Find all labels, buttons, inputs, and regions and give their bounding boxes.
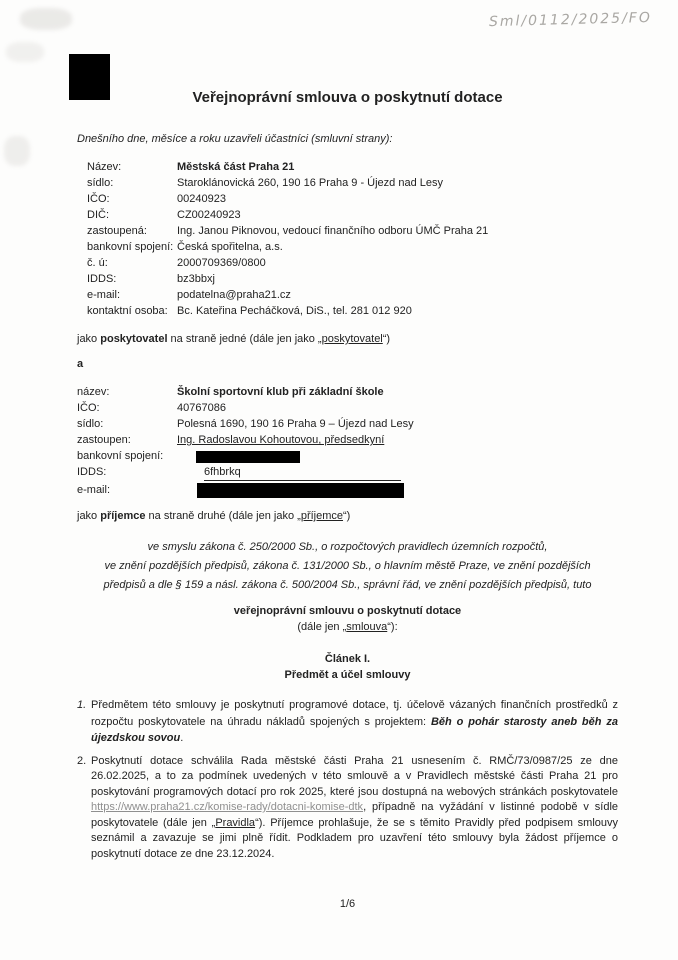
role-text: “)	[343, 510, 350, 522]
provider-row-dic: DIČ:CZ00240923	[77, 207, 618, 223]
clause-text: Poskytnutí dotace schválila Rada městské…	[91, 754, 618, 863]
legal-basis-clause: ve smyslu zákona č. 250/2000 Sb., o rozp…	[77, 538, 618, 595]
field-label: IČO:	[77, 400, 177, 416]
clause-2: 2. Poskytnutí dotace schválila Rada měst…	[77, 754, 618, 863]
scan-artifact	[4, 136, 30, 166]
clause-1: 1. Předmětem této smlouvy je poskytnutí …	[77, 697, 618, 747]
clause-number: 2.	[77, 754, 91, 863]
field-label: e-mail:	[87, 287, 177, 303]
field-label: zastoupen:	[77, 432, 177, 448]
field-value: 2000709369/0800	[177, 257, 266, 269]
contract-alias-line: (dále jen „smlouva“):	[77, 619, 618, 635]
provider-row-bankovni-spojeni: bankovní spojení:Česká spořitelna, a.s.	[77, 239, 618, 255]
field-value: Školní sportovní klub při základní škole	[177, 386, 384, 398]
field-value: 00240923	[177, 193, 226, 205]
recipient-row-bankovni-spojeni: bankovní spojení:	[77, 448, 618, 464]
field-label: sídlo:	[87, 175, 177, 191]
recipient-row-nazev: název:Školní sportovní klub při základní…	[77, 384, 618, 400]
field-value: podatelna@praha21.cz	[177, 289, 291, 301]
role-text: “)	[383, 333, 390, 345]
field-label: název:	[77, 384, 177, 400]
field-label: Název:	[87, 159, 177, 175]
conjunction-a: a	[77, 358, 618, 370]
page-number: 1/6	[77, 898, 618, 910]
clause-text-segment: Poskytnutí dotace schválila Rada městské…	[91, 755, 618, 798]
field-value: bz3bbxj	[177, 273, 215, 285]
field-value: Polesná 1690, 190 16 Praha 9 – Újezd nad…	[177, 418, 414, 430]
provider-row-cislo-uctu: č. ú:2000709369/0800	[77, 255, 618, 271]
clause-text: Předmětem této smlouvy je poskytnutí pro…	[91, 697, 618, 747]
alias-text: (dále jen „	[297, 621, 346, 633]
role-term-bold: příjemce	[100, 510, 145, 522]
recipient-row-email: e-mail:	[77, 481, 618, 498]
redaction-bar	[196, 451, 300, 463]
role-text: jako	[77, 333, 100, 345]
article-1-heading: Článek I. Předmět a účel smlouvy	[77, 651, 618, 683]
rules-hyperlink[interactable]: https://www.praha21.cz/komise-rady/dotac…	[91, 801, 363, 813]
field-label: IDDS:	[87, 271, 177, 287]
legal-line: ve smyslu zákona č. 250/2000 Sb., o rozp…	[77, 538, 618, 557]
clause-text-segment: .	[180, 732, 183, 744]
role-term-underlined: poskytovatel	[322, 333, 383, 345]
legal-line: ve znění pozdějších předpisů, zákona č. …	[77, 557, 618, 576]
field-label: e-mail:	[77, 482, 177, 498]
field-value: Ing. Janou Piknovou, vedoucí finančního …	[177, 225, 488, 237]
field-value: Městská část Praha 21	[177, 161, 294, 173]
field-label: bankovní spojení:	[77, 448, 177, 464]
provider-row-zastoupena: zastoupená:Ing. Janou Piknovou, vedoucí …	[77, 223, 618, 239]
scan-artifact	[20, 8, 72, 30]
scanned-contract-page: Sml/0112/2025/FO Veřejnoprávní smlouva o…	[0, 0, 678, 960]
field-value: 40767086	[177, 402, 226, 414]
alias-term-underlined: smlouva	[346, 621, 387, 633]
redaction-bar	[197, 483, 404, 498]
provider-row-email: e-mail:podatelna@praha21.cz	[77, 287, 618, 303]
provider-row-sidlo: sídlo:Staroklánovická 260, 190 16 Praha …	[77, 175, 618, 191]
role-text: jako	[77, 510, 100, 522]
field-label: IČO:	[87, 191, 177, 207]
article-title: Předmět a účel smlouvy	[77, 667, 618, 683]
field-value: Staroklánovická 260, 190 16 Praha 9 - Új…	[177, 177, 443, 189]
provider-role-line: jako poskytovatel na straně jedné (dále …	[77, 333, 618, 345]
field-label: IDDS:	[77, 464, 177, 480]
field-label: č. ú:	[87, 255, 177, 271]
recipient-row-idds: IDDS:6fhbrkq	[77, 464, 618, 481]
provider-row-nazev: Název:Městská část Praha 21	[77, 159, 618, 175]
scan-artifact	[6, 42, 44, 62]
recipient-role-line: jako příjemce na straně druhé (dále jen …	[77, 510, 618, 522]
role-term-bold: poskytovatel	[100, 333, 167, 345]
alias-text: “):	[387, 621, 397, 633]
field-label: sídlo:	[77, 416, 177, 432]
article-number: Článek I.	[77, 651, 618, 667]
field-label: bankovní spojení:	[87, 239, 177, 255]
recipient-row-sidlo: sídlo:Polesná 1690, 190 16 Praha 9 – Úje…	[77, 416, 618, 432]
provider-row-kontaktni-osoba: kontaktní osoba:Bc. Kateřina Pecháčková,…	[77, 303, 618, 319]
provider-row-ico: IČO:00240923	[77, 191, 618, 207]
clause-number: 1.	[77, 697, 91, 747]
field-label: zastoupená:	[87, 223, 177, 239]
field-value: Česká spořitelna, a.s.	[177, 241, 283, 253]
intro-line: Dnešního dne, měsíce a roku uzavřeli úča…	[77, 133, 618, 145]
field-label: kontaktní osoba:	[87, 303, 177, 319]
legal-line: předpisů a dle § 159 a násl. zákona č. 5…	[77, 576, 618, 595]
provider-row-idds: IDDS:bz3bbxj	[77, 271, 618, 287]
rules-term-underlined: Pravidla	[215, 817, 255, 829]
role-term-underlined: příjemce	[301, 510, 343, 522]
field-value: Bc. Kateřina Pecháčková, DiS., tel. 281 …	[177, 305, 412, 317]
field-value: Ing. Radoslavou Kohoutovou, předsedkyní	[177, 434, 384, 446]
field-label: DIČ:	[87, 207, 177, 223]
contract-designation: veřejnoprávní smlouvu o poskytnutí dotac…	[77, 603, 618, 619]
provider-details: Název:Městská část Praha 21 sídlo:Starok…	[77, 159, 618, 319]
role-text: na straně jedné (dále jen jako „	[168, 333, 322, 345]
recipient-row-ico: IČO:40767086	[77, 400, 618, 416]
field-value: CZ00240923	[177, 209, 241, 221]
field-value: 6fhbrkq	[204, 464, 401, 481]
document-body: Veřejnoprávní smlouva o poskytnutí dotac…	[77, 0, 618, 862]
recipient-details: název:Školní sportovní klub při základní…	[77, 384, 618, 498]
role-text: na straně druhé (dále jen jako „	[146, 510, 301, 522]
document-title: Veřejnoprávní smlouva o poskytnutí dotac…	[77, 88, 618, 108]
recipient-row-zastoupen: zastoupen:Ing. Radoslavou Kohoutovou, př…	[77, 432, 618, 448]
